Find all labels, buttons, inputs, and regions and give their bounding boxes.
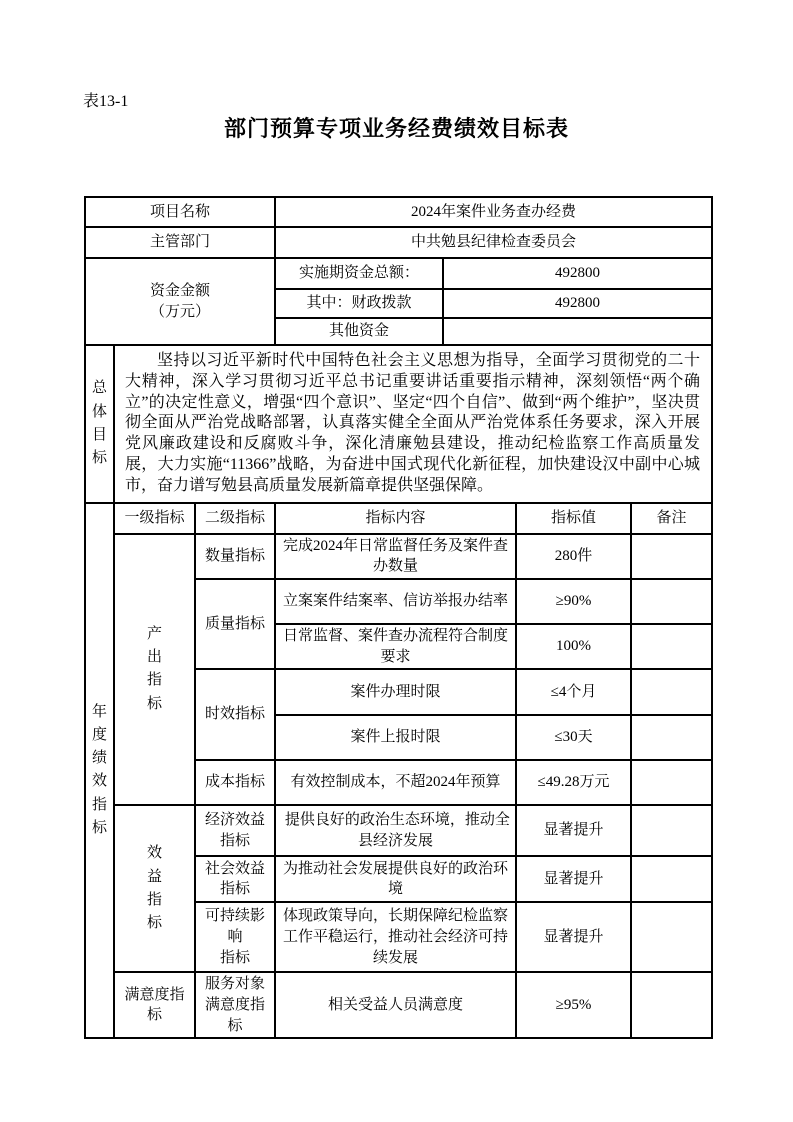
- indicator-content: 体现政策导向，长期保障纪检监察工作平稳运行，推动社会经济可持续发展: [275, 902, 516, 972]
- page-title: 部门预算专项业务经费绩效目标表: [0, 112, 793, 143]
- indicator-value: 280件: [516, 534, 631, 579]
- document-page: 表13-1 部门预算专项业务经费绩效目标表 项目名称 2024年案件业务查办经费…: [0, 0, 793, 1122]
- annual-indicators-side-label: 年度绩效指标: [85, 503, 114, 1039]
- header-level1: 一级指标: [114, 503, 195, 534]
- project-name-label: 项目名称: [85, 197, 275, 227]
- indicator-content: 案件上报时限: [275, 715, 516, 760]
- overall-goal-text-cell: 坚持以习近平新时代中国特色社会主义思想为指导，全面学习贯彻党的二十大精神，深入学…: [114, 345, 712, 503]
- note-cell: [631, 715, 712, 760]
- table-row: 满意度指标 服务对象 满意度指标 相关受益人员满意度 ≥95%: [85, 972, 712, 1038]
- indicator-value: 显著提升: [516, 902, 631, 972]
- level2-timeliness: 时效指标: [195, 669, 275, 760]
- indicator-content: 立案案件结案率、信访举报办结率: [275, 579, 516, 624]
- funds-amount-label: 资金金额 （万元）: [85, 258, 275, 345]
- level2-cost: 成本指标: [195, 760, 275, 805]
- indicator-value: ≤4个月: [516, 669, 631, 715]
- table-row: 效益指标 经济效益 指标 提供良好的政治生态环境，推动全县经济发展 显著提升: [85, 805, 712, 856]
- table-number-label: 表13-1: [83, 88, 128, 111]
- table-row: 项目名称 2024年案件业务查办经费: [85, 197, 712, 227]
- header-level2: 二级指标: [195, 503, 275, 534]
- table-row: 主管部门 中共勉县纪律检查委员会: [85, 227, 712, 258]
- header-content: 指标内容: [275, 503, 516, 534]
- funds-total-label: 实施期资金总额：: [275, 258, 443, 289]
- indicator-content: 为推动社会发展提供良好的政治环境: [275, 856, 516, 902]
- funds-other-value: [443, 318, 712, 345]
- level1-output-indicators: 产出指标: [114, 534, 195, 806]
- indicator-value: ≤30天: [516, 715, 631, 760]
- indicator-value: ≥90%: [516, 579, 631, 624]
- funds-fiscal-value: 492800: [443, 289, 712, 318]
- level2-social-benefit: 社会效益 指标: [195, 856, 275, 902]
- table-row: 产出指标 数量指标 完成2024年日常监督任务及案件查办数量 280件: [85, 534, 712, 579]
- department-value: 中共勉县纪律检查委员会: [275, 227, 712, 258]
- indicator-value: 显著提升: [516, 856, 631, 902]
- funds-total-value: 492800: [443, 258, 712, 289]
- indicator-value: 显著提升: [516, 805, 631, 856]
- level2-service-target-satisfaction: 服务对象 满意度指标: [195, 972, 275, 1038]
- overall-goal-label: 总体目标: [85, 345, 114, 503]
- header-note: 备注: [631, 503, 712, 534]
- note-cell: [631, 534, 712, 579]
- note-cell: [631, 579, 712, 624]
- note-cell: [631, 624, 712, 669]
- level2-quantity: 数量指标: [195, 534, 275, 579]
- performance-target-table: 项目名称 2024年案件业务查办经费 主管部门 中共勉县纪律检查委员会 资金金额…: [84, 196, 713, 1039]
- indicator-value: 100%: [516, 624, 631, 669]
- level1-satisfaction-indicators: 满意度指标: [114, 972, 195, 1038]
- indicator-content: 提供良好的政治生态环境，推动全县经济发展: [275, 805, 516, 856]
- table-row: 年度绩效指标 一级指标 二级指标 指标内容 指标值 备注: [85, 503, 712, 534]
- note-cell: [631, 972, 712, 1038]
- note-cell: [631, 902, 712, 972]
- note-cell: [631, 760, 712, 805]
- table-row: 总体目标 坚持以习近平新时代中国特色社会主义思想为指导，全面学习贯彻党的二十大精…: [85, 345, 712, 503]
- project-name-value: 2024年案件业务查办经费: [275, 197, 712, 227]
- funds-other-label: 其他资金: [275, 318, 443, 345]
- level2-sustainable-impact: 可持续影响 指标: [195, 902, 275, 972]
- indicator-content: 日常监督、案件查办流程符合制度要求: [275, 624, 516, 669]
- level1-benefit-indicators: 效益指标: [114, 805, 195, 972]
- level2-quality: 质量指标: [195, 579, 275, 669]
- indicator-content: 案件办理时限: [275, 669, 516, 715]
- header-value: 指标值: [516, 503, 631, 534]
- overall-goal-text: 坚持以习近平新时代中国特色社会主义思想为指导，全面学习贯彻党的二十大精神，深入学…: [119, 347, 707, 501]
- department-label: 主管部门: [85, 227, 275, 258]
- indicator-content: 有效控制成本，不超2024年预算: [275, 760, 516, 805]
- indicator-value: ≥95%: [516, 972, 631, 1038]
- level2-economic-benefit: 经济效益 指标: [195, 805, 275, 856]
- table-row: 资金金额 （万元） 实施期资金总额： 492800: [85, 258, 712, 289]
- funds-fiscal-label: 其中：财政拨款: [275, 289, 443, 318]
- note-cell: [631, 805, 712, 856]
- note-cell: [631, 856, 712, 902]
- indicator-value: ≤49.28万元: [516, 760, 631, 805]
- indicator-content: 完成2024年日常监督任务及案件查办数量: [275, 534, 516, 579]
- indicator-content: 相关受益人员满意度: [275, 972, 516, 1038]
- note-cell: [631, 669, 712, 715]
